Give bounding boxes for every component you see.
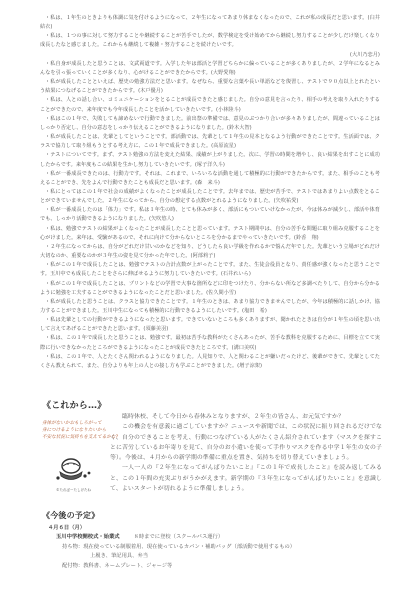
student-name: (塩田 希) [242, 308, 267, 314]
reflection-item: ・私が一番成長できたのは、行動力です。それは、これまで、いろいろな活動を通して積… [40, 170, 380, 188]
student-name: (矢吹悠人) [149, 216, 174, 222]
schedule-heading: 《今後の予定》 [42, 510, 99, 521]
items-to-bring: 持ち物：現在使っている制服着用、現在使っているカバン・補助バッグ（部活動で使用す… [62, 543, 388, 552]
student-name: (塚子洋久斗) [195, 162, 225, 168]
reflection-text: ・私は、この１年で、人とたくさん関われるようになりました。人見知りで、人と関わる… [40, 354, 380, 369]
reflection-text: ・私は、人との話し合い、コミュニケーションをとることが成長できたと感じました。自… [40, 97, 380, 112]
reflection-text: ・私は先輩としての行動ができるようになったと思います。できていないところも多くあ… [40, 317, 380, 332]
message-paragraph: 一人一人の『２年生になってがんばりたいこと』『この１年で成長したこと』を読み返し… [110, 463, 382, 494]
student-name: (増子涼架) [237, 363, 262, 369]
reflection-text: ・私が成長したと思うことは、クラスと協力できたことです。１年生のときは、あまり協… [40, 299, 380, 314]
items-line-2: 上履き、筆記用具、弁当 [90, 552, 388, 561]
reflection-item: ・私が成長したことは、先輩としてということです。部活動では、先輩として１年生の見… [40, 133, 380, 151]
reflection-item: ・私がこの１年で成長したことは、勉強でテストの合計点数が上がったことです。また、… [40, 261, 380, 279]
caption-line: 身につけるようになりたいから [42, 427, 102, 434]
reflection-item: ・私は、この１年で成長したと思うことは、勉強です。最初は苦手な教科がたくさんあっ… [40, 334, 380, 352]
reflection-text: ・私は、この１年で成長したと思うことは、勉強です。最初は苦手な教科がたくさんあっ… [40, 335, 380, 350]
reflection-text: ・私がこの１年で成長したことは、勉強でテストの合計点数が上がったことです。また、… [40, 262, 380, 277]
caption-line: 身体がないかおもしろがって [42, 420, 102, 427]
reflection-text: ・私はこの１年で、失敗しても諦めないで行動できました。前出祭の準備では、意見のぶ… [40, 116, 380, 131]
reflection-item: ・私は、１つの事に対して努力することや継続することが苦手でしたが、数学検定を受け… [40, 32, 380, 59]
reflection-item: ・私がこの１年で成長したことは、プリントなどの学習で大事な箇所などに印をつけたり… [40, 280, 380, 298]
message-paragraph: 臨時休校、そして今日から春休みとなりますが、２年生の皆さん、お元気ですか？ [110, 412, 382, 422]
reflection-item: ・私が成長したと思うことは、クラスと協力できたことです。１年生のときは、あまり協… [40, 298, 380, 316]
reflection-item: ・私は、この１年で、人とたくさん関われるようになりました。人見知りで、人と関わる… [40, 353, 380, 371]
student-name: (木戸優月) [138, 88, 163, 94]
distribution-items: 配付物：教科書、ネームプレート、ジャージ等 [62, 562, 388, 571]
schedule-section: ４月６日（月） 玉川中学校開校式・始業式８時までに登校（スクールバス運行） 持ち… [48, 524, 388, 571]
reflection-item: ・テストについてです。まず、テスト勉強の方法を変えた結果、成績が上がりました。次… [40, 151, 380, 169]
student-name: (鈴木大智) [227, 125, 252, 131]
reflection-text: ・私にとってはこの１年で社会の成績がよくなったことが成長したことです。去年までは… [40, 189, 380, 204]
event-time: ８時までに登校（スクールバス運行） [134, 534, 224, 540]
student-name: (石井れいら) [221, 271, 251, 277]
student-name: (鈴香 翔) [294, 235, 319, 241]
student-name: (高原流星) [211, 143, 236, 149]
reflection-item: ・私にとってはこの１年で社会の成績がよくなったことが成長したことです。去年までは… [40, 188, 380, 206]
student-name: (矢吹祐愛) [274, 198, 299, 204]
reflection-item: ・私は、１年生のときよりも体調に気を付けるようになって、２年生になってあまり休ま… [40, 14, 380, 32]
reflection-item: ・私が一番成長したのは「体力」です。私は１年生の時、とても休みが多く、部活にもつ… [40, 206, 380, 224]
student-name: (小林陸斗) [216, 107, 241, 113]
items-label: 持ち物： [62, 544, 83, 550]
distribution-list: 教科書、ネームプレート、ジャージ等 [83, 563, 172, 569]
reflection-text: ・私は、勉強でテストの結果がよくなったことが成長したことと思っています。テスト期… [40, 226, 380, 241]
student-name: (溝口美咲) [232, 345, 257, 351]
schedule-event: 玉川中学校開校式・始業式８時までに登校（スクールバス運行） [56, 533, 388, 542]
reflection-text: ・私は、１つの事に対して努力することや継続することが苦手でしたが、数学検定を受け… [40, 33, 380, 48]
reflection-item: ・私自身が成長したと思うことは、文武両道です。入学した年は部活と学習どちらかに偏… [40, 60, 380, 78]
korekara-message: 臨時休校、そして今日から春休みとなりますが、２年生の皆さん、お元気ですか？ この… [110, 412, 382, 494]
reflection-item: ・私はこの１年で、失敗しても諦めないで行動できました。前出祭の準備では、意見のぶ… [40, 115, 380, 133]
student-name: (大野愛翔) [211, 70, 236, 76]
distribution-label: 配付物： [62, 563, 83, 569]
student-name: (阿部莉子) [191, 253, 216, 259]
reflection-item: ・２年生になってからは、自分がどれだけ甘いのかなどを知り、どうしたら良い学級を作… [40, 243, 380, 261]
schedule-date: ４月６日（月） [48, 524, 388, 533]
items-line-1: 現在使っている制服着用、現在使っているカバン・補助バッグ（部活動で使用するもの） [83, 544, 295, 550]
reflection-item: ・私が成長したことといえば、歴史の勉強方法だと思います。なぜなら、重要な言葉や長… [40, 78, 380, 96]
student-reflections: ・私は、１年生のときよりも体調に気を付けるようになって、２年生になってあまり休ま… [40, 14, 380, 371]
reflection-text: ・私が一番成長したのは「体力」です。私は１年生の時、とても休みが多く、部活にもつ… [40, 207, 380, 222]
reflection-text: ・私が成長したことは、先輩としてということです。部活動では、先輩として１年生の見… [40, 134, 380, 149]
student-name: (大川乃恋月) [40, 51, 380, 60]
event-name: 玉川中学校開校式・始業式 [56, 534, 120, 540]
student-name: (佐久間小雪) [206, 290, 236, 296]
reflection-text: ・私が成長したことといえば、歴史の勉強方法だと思います。なぜなら、重要な言葉や長… [40, 79, 380, 94]
illustration-caption: 身体がないかおもしろがって 身につけるようになりたいから 不安な状況に気持ちを支… [42, 420, 102, 441]
reflection-item: ・私は、人との話し合い、コミュニケーションをとることが成長できたと感じました。自… [40, 96, 380, 114]
reflection-item: ・私は、勉強でテストの結果がよくなったことが成長したことと思っています。テスト期… [40, 225, 380, 243]
caption-line: 不安な状況に気持ちを支えてるかな? [42, 434, 102, 441]
newsletter-page: ・私は、１年生のときよりも体調に気を付けるようになって、２年生になってあまり休ま… [0, 0, 420, 594]
reflection-item: ・私は先輩としての行動ができるようになったと思います。できていないところも多くあ… [40, 316, 380, 334]
reflection-text: ・私は、１年生のときよりも体調に気を付けるようになって、２年生になってあまり休ま… [45, 15, 368, 21]
illustration: 身体がないかおもしろがって 身につけるようになりたいから 不安な状況に気持ちを支… [42, 420, 102, 500]
student-name: (森 来斗) [195, 180, 220, 186]
character-illustration-icon [54, 454, 94, 486]
korekara-heading: 《これから…》 [42, 398, 106, 411]
student-name: (須藤美羽) [143, 326, 168, 332]
illustration-credit: ©たれぱーたしげたね [56, 488, 91, 493]
message-paragraph: この機会を有意義に過ごしていますか？ニュースや新聞では、この状況に振り回されるだ… [110, 422, 382, 463]
